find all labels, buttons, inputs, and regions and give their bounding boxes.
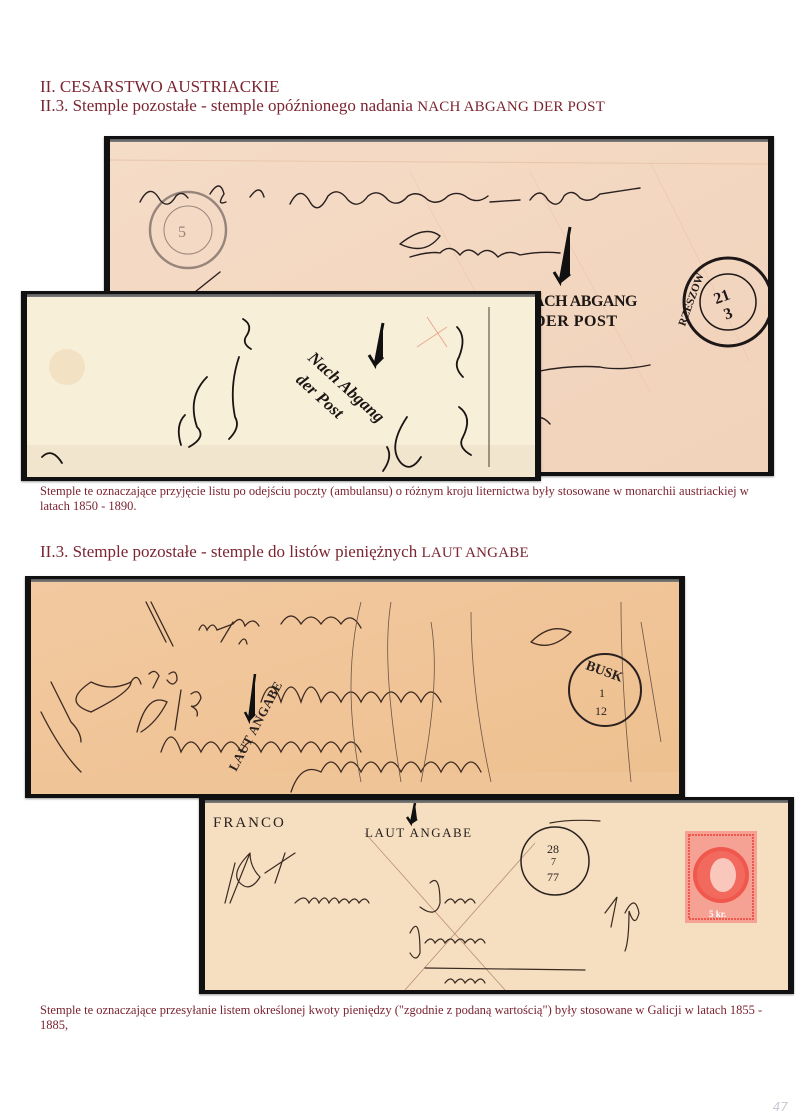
franco-handstamp: FRANCO xyxy=(213,815,286,831)
envelope-drawing: FRANCO LAUT ANGABE 28 7 77 xyxy=(205,803,788,990)
cover-laut-angabe-busk: LAUT ANGABE BUSK 1 12 xyxy=(25,576,685,798)
caption-nach-abgang: Stemple te oznaczające przyjęcie listu p… xyxy=(40,484,780,514)
section-heading-caps: NACH ABGANG DER POST xyxy=(417,99,605,115)
section-heading-prefix: II.3. Stemple pozostałe - stemple do lis… xyxy=(40,542,421,561)
page-title: II. CESARSTWO AUSTRIACKIE xyxy=(40,77,279,97)
envelope-image: FRANCO LAUT ANGABE 28 7 77 xyxy=(205,803,788,990)
svg-text:5 kr.: 5 kr. xyxy=(709,909,726,919)
svg-text:DER POST: DER POST xyxy=(534,313,618,330)
svg-text:28: 28 xyxy=(547,842,559,856)
section-heading-caps: LAUT ANGABE xyxy=(421,545,528,561)
section-heading-nach-abgang: II.3. Stemple pozostałe - stemple opóźni… xyxy=(40,96,605,117)
envelope-drawing: LAUT ANGABE BUSK 1 12 xyxy=(31,582,679,794)
section-heading-laut-angabe: II.3. Stemple pozostałe - stemple do lis… xyxy=(40,542,529,563)
caption-laut-angabe: Stemple te oznaczające przesyłanie liste… xyxy=(40,1003,780,1033)
cover-laut-angabe-franco: FRANCO LAUT ANGABE 28 7 77 xyxy=(199,797,794,994)
page-number: 47 xyxy=(773,1100,788,1114)
laut-angabe-handstamp: LAUT ANGABE xyxy=(365,825,473,840)
cover-nach-abgang-script: Nach Abgang der Post xyxy=(21,291,541,481)
svg-text:5: 5 xyxy=(178,224,186,241)
svg-text:77: 77 xyxy=(547,870,559,884)
envelope-image: LAUT ANGABE BUSK 1 12 xyxy=(31,582,679,794)
svg-text:12: 12 xyxy=(595,704,607,718)
envelope-drawing: Nach Abgang der Post xyxy=(27,297,535,477)
section-heading-prefix: II.3. Stemple pozostałe - stemple opóźni… xyxy=(40,96,417,115)
imprinted-stamp-5kr: 5 kr. xyxy=(685,831,757,923)
envelope-image: Nach Abgang der Post xyxy=(27,297,535,477)
svg-text:7: 7 xyxy=(551,857,556,868)
svg-text:1: 1 xyxy=(599,686,605,700)
